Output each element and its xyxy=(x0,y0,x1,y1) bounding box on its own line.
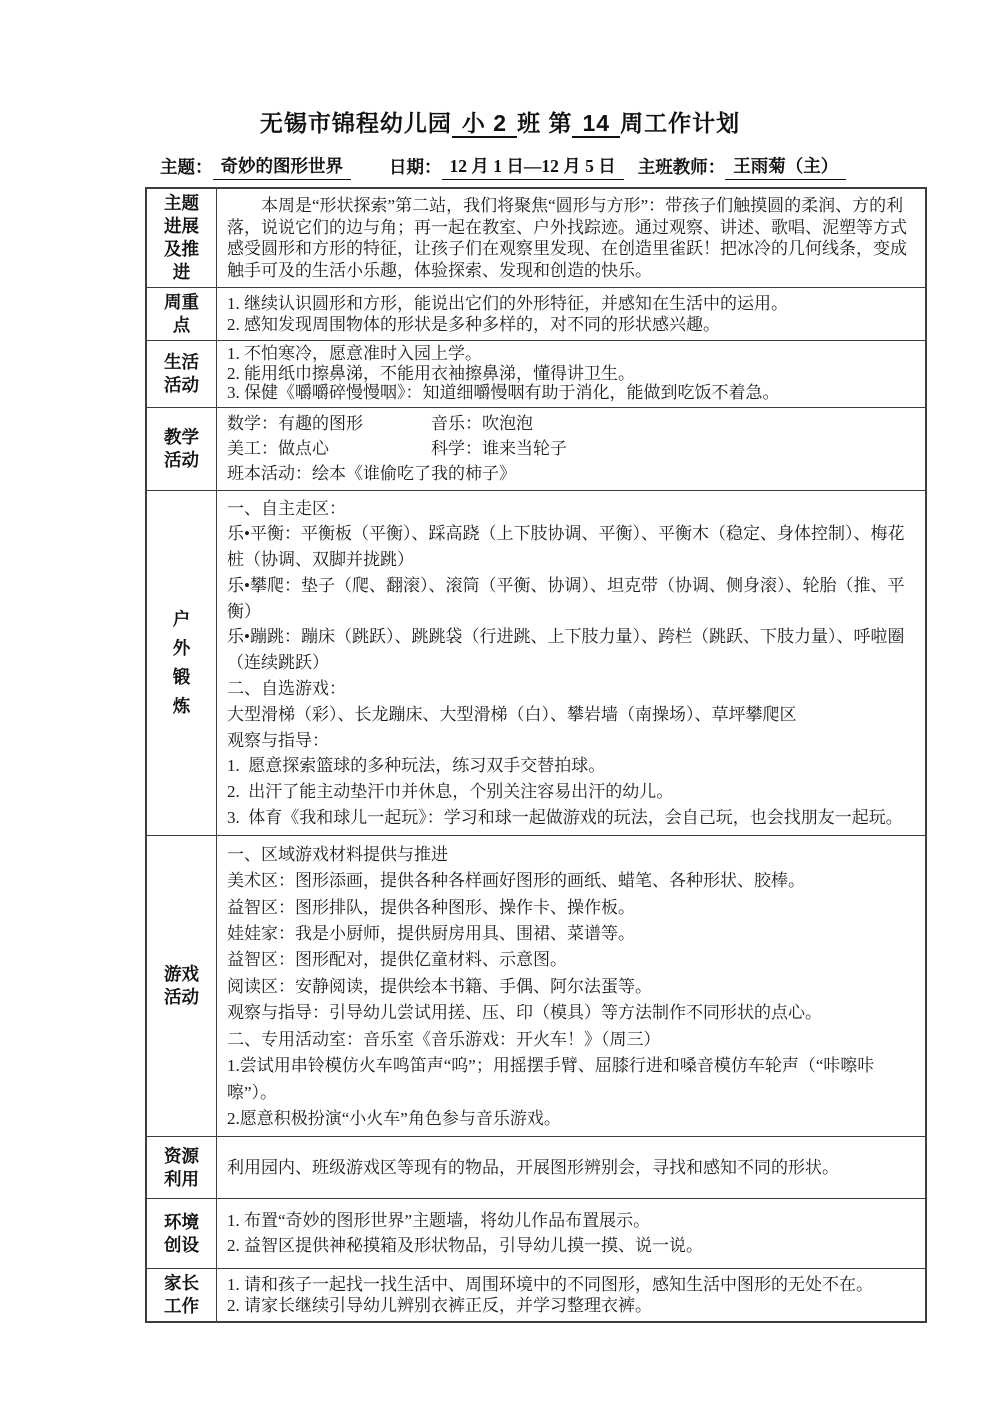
row-label-theme-progress: 主题进展及推进 xyxy=(147,189,217,287)
text-line: 户 xyxy=(173,605,191,634)
meta-date: 日期： 12 月 1 日—12 月 5 日 xyxy=(389,153,624,180)
text-line: 利用 xyxy=(164,1168,199,1191)
meta-teacher: 主班教师： 王雨菊（主） xyxy=(638,153,847,180)
meta-date-value: 12 月 1 日—12 月 5 日 xyxy=(442,153,624,180)
text-line: 3. 保健《嚼嚼碎慢慢咽》：知道细嚼慢咽有助于消化，能做到吃饭不着急。 xyxy=(227,383,917,403)
title-suffix: 周工作计划 xyxy=(620,110,740,136)
meta-theme-value: 奇妙的图形世界 xyxy=(213,153,352,180)
text-line: 1. 请和孩子一起找一找生活中、周围环境中的不同图形，感知生活中图形的无处不在。 xyxy=(227,1274,917,1295)
text-line: 乐•平衡：平衡板（平衡）、踩高跷（上下肢协调、平衡）、平衡木（稳定、身体控制）、… xyxy=(227,521,917,573)
row-label-resources: 资源利用 xyxy=(147,1137,217,1198)
text-line: 工作 xyxy=(164,1295,199,1318)
text-line: 外 xyxy=(173,634,191,663)
text-line: 二、自选游戏： xyxy=(227,676,917,702)
row-content-resources: 利用园内、班级游戏区等现有的物品，开展图形辨别会，寻找和感知不同的形状。 xyxy=(217,1137,925,1198)
text-line: 乐•攀爬：垫子（爬、翻滚）、滚筒（平衡、协调）、坦克带（协调、侧身滚）、轮胎（推… xyxy=(227,573,917,625)
text-line: 炼 xyxy=(173,692,191,721)
text-line: 进展 xyxy=(164,215,199,238)
title-prefix: 无锡市锦程幼儿园 xyxy=(260,110,452,136)
row-label-play-activities: 游戏活动 xyxy=(147,836,217,1136)
text-line: 美术区：图形添画，提供各种各样画好图形的画纸、蜡笔、各种形状、胶棒。 xyxy=(227,868,917,894)
text-line: 1. 愿意探索篮球的多种玩法，练习双手交替拍球。 xyxy=(227,753,917,779)
text-line: 益智区：图形配对，提供亿童材料、示意图。 xyxy=(227,947,917,973)
text-line: 资源 xyxy=(164,1145,199,1168)
page-title: 无锡市锦程幼儿园小 2班 第14周工作计划 xyxy=(0,0,1000,140)
row-label-environment: 环境创设 xyxy=(147,1199,217,1268)
text-line: 1. 布置“奇妙的图形世界”主题墙，将幼儿作品布置展示。 xyxy=(227,1208,917,1233)
meta-theme: 主题： 奇妙的图形世界 xyxy=(160,153,351,180)
row-label-daily-life: 生活活动 xyxy=(147,341,217,407)
table-row-play-activities: 游戏活动 一、区域游戏材料提供与推进美术区：图形添画，提供各种各样画好图形的画纸… xyxy=(147,835,925,1136)
text-line: 一、区域游戏材料提供与推进 xyxy=(227,842,917,868)
row-content-parent-work: 1. 请和孩子一起找一找生活中、周围环境中的不同图形，感知生活中图形的无处不在。… xyxy=(217,1269,925,1321)
text-line: 美工：做点心 科学：谁来当轮子 xyxy=(227,436,917,461)
text-line: 2.愿意积极扮演“小火车”角色参与音乐游戏。 xyxy=(227,1106,917,1132)
row-content-week-focus: 1. 继续认识圆形和方形，能说出它们的外形特征，并感知在生活中的运用。2. 感知… xyxy=(217,288,925,340)
text-line: 利用园内、班级游戏区等现有的物品，开展图形辨别会，寻找和感知不同的形状。 xyxy=(227,1155,917,1180)
text-line: 主题 xyxy=(164,192,199,215)
text-line: 益智区：图形排队，提供各种图形、操作卡、操作板。 xyxy=(227,895,917,921)
meta-teacher-value: 王雨菊（主） xyxy=(725,153,846,180)
text-line: 一、自主走区： xyxy=(227,496,917,522)
title-week-number: 14 xyxy=(572,110,620,138)
text-line: 二、专用活动室：音乐室《音乐游戏：开火车！》（周三） xyxy=(227,1027,917,1053)
row-label-teaching: 教学活动 xyxy=(147,408,217,490)
table-row-theme-progress: 主题进展及推进 本周是“形状探索”第二站，我们将聚焦“圆形与方形”：带孩子们触摸… xyxy=(147,189,925,287)
title-middle: 班 第 xyxy=(517,110,572,136)
title-class-number: 小 2 xyxy=(452,110,517,138)
text-line: 活动 xyxy=(164,986,199,1009)
text-line: 观察与指导：引导幼儿尝试用搓、压、印（模具）等方法制作不同形状的点心。 xyxy=(227,1000,917,1026)
text-line: 及推 xyxy=(164,238,199,261)
table-row-environment: 环境创设 1. 布置“奇妙的图形世界”主题墙，将幼儿作品布置展示。2. 益智区提… xyxy=(147,1198,925,1268)
text-line: 锻 xyxy=(173,663,191,692)
text-line: 2. 能用纸巾擦鼻涕，不能用衣袖擦鼻涕，懂得讲卫生。 xyxy=(227,364,917,384)
table-row-parent-work: 家长工作 1. 请和孩子一起找一找生活中、周围环境中的不同图形，感知生活中图形的… xyxy=(147,1268,925,1321)
text-line: 大型滑梯（彩）、长龙蹦床、大型滑梯（白）、攀岩墙（南操场）、草坪攀爬区 xyxy=(227,702,917,728)
row-label-outdoor-exercise: 户外锻炼 xyxy=(147,491,217,835)
meta-date-label: 日期： xyxy=(389,154,442,180)
table-row-teaching: 教学活动 数学：有趣的图形 音乐：吹泡泡美工：做点心 科学：谁来当轮子班本活动：… xyxy=(147,407,925,490)
meta-line: 主题： 奇妙的图形世界 日期： 12 月 1 日—12 月 5 日 主班教师： … xyxy=(160,153,1000,180)
text-line: 观察与指导： xyxy=(227,728,917,754)
table-row-resources: 资源利用 利用园内、班级游戏区等现有的物品，开展图形辨别会，寻找和感知不同的形状… xyxy=(147,1136,925,1198)
text-line: 活动 xyxy=(164,374,199,397)
text-line: 2. 请家长继续引导幼儿辨别衣裤正反，并学习整理衣裤。 xyxy=(227,1295,917,1316)
text-line: 周重 xyxy=(164,291,199,314)
weekly-plan-table: 主题进展及推进 本周是“形状探索”第二站，我们将聚焦“圆形与方形”：带孩子们触摸… xyxy=(145,187,927,1323)
text-line: 点 xyxy=(173,314,191,337)
text-line: 乐•蹦跳：蹦床（跳跃）、跳跳袋（行进跳、上下肢力量）、跨栏（跳跃、下肢力量）、呼… xyxy=(227,624,917,676)
table-row-outdoor-exercise: 户外锻炼 一、自主走区：乐•平衡：平衡板（平衡）、踩高跷（上下肢协调、平衡）、平… xyxy=(147,490,925,835)
document-page: 无锡市锦程幼儿园小 2班 第14周工作计划 主题： 奇妙的图形世界 日期： 12… xyxy=(0,0,1000,1415)
row-content-daily-life: 1. 不怕寒冷，愿意准时入园上学。2. 能用纸巾擦鼻涕，不能用衣袖擦鼻涕，懂得讲… xyxy=(217,341,925,407)
text-line: 游戏 xyxy=(164,963,199,986)
row-label-parent-work: 家长工作 xyxy=(147,1269,217,1321)
text-line: 1. 不怕寒冷，愿意准时入园上学。 xyxy=(227,344,917,364)
text-line: 1. 继续认识圆形和方形，能说出它们的外形特征，并感知在生活中的运用。 xyxy=(227,293,917,314)
text-line: 创设 xyxy=(164,1234,199,1257)
table-row-daily-life: 生活活动 1. 不怕寒冷，愿意准时入园上学。2. 能用纸巾擦鼻涕，不能用衣袖擦鼻… xyxy=(147,340,925,407)
meta-theme-label: 主题： xyxy=(160,154,213,180)
text-line: 数学：有趣的图形 音乐：吹泡泡 xyxy=(227,411,917,436)
text-line: 进 xyxy=(173,261,191,284)
row-content-theme-progress: 本周是“形状探索”第二站，我们将聚焦“圆形与方形”：带孩子们触摸圆的柔润、方的利… xyxy=(217,189,925,287)
text-line: 2. 益智区提供神秘摸箱及形状物品，引导幼儿摸一摸、说一说。 xyxy=(227,1233,917,1258)
text-line: 班本活动：绘本《谁偷吃了我的柿子》 xyxy=(227,461,917,486)
text-line: 活动 xyxy=(164,449,199,472)
text-line: 阅读区：安静阅读，提供绘本书籍、手偶、阿尔法蛋等。 xyxy=(227,974,917,1000)
text-line: 娃娃家：我是小厨师，提供厨房用具、围裙、菜谱等。 xyxy=(227,921,917,947)
row-content-teaching: 数学：有趣的图形 音乐：吹泡泡美工：做点心 科学：谁来当轮子班本活动：绘本《谁偷… xyxy=(217,408,925,490)
text-line: 教学 xyxy=(164,426,199,449)
text-line: 生活 xyxy=(164,351,199,374)
text-line: 1.尝试用串铃模仿火车鸣笛声“呜”；用摇摆手臂、屈膝行进和嗓音模仿车轮声（“咔嚓… xyxy=(227,1053,917,1106)
text-line: 本周是“形状探索”第二站，我们将聚焦“圆形与方形”：带孩子们触摸圆的柔润、方的利… xyxy=(227,195,917,281)
row-content-environment: 1. 布置“奇妙的图形世界”主题墙，将幼儿作品布置展示。2. 益智区提供神秘摸箱… xyxy=(217,1199,925,1268)
table-row-week-focus: 周重点 1. 继续认识圆形和方形，能说出它们的外形特征，并感知在生活中的运用。2… xyxy=(147,287,925,340)
text-line: 3. 体育《我和球儿一起玩》：学习和球一起做游戏的玩法，会自己玩，也会找朋友一起… xyxy=(227,805,917,831)
row-content-outdoor-exercise: 一、自主走区：乐•平衡：平衡板（平衡）、踩高跷（上下肢协调、平衡）、平衡木（稳定… xyxy=(217,491,925,835)
text-line: 2. 感知发现周围物体的形状是多种多样的，对不同的形状感兴趣。 xyxy=(227,314,917,335)
row-label-week-focus: 周重点 xyxy=(147,288,217,340)
text-line: 2. 出汗了能主动垫汗巾并休息，个别关注容易出汗的幼儿。 xyxy=(227,779,917,805)
meta-teacher-label: 主班教师： xyxy=(638,154,726,180)
text-line: 环境 xyxy=(164,1211,199,1234)
row-content-play-activities: 一、区域游戏材料提供与推进美术区：图形添画，提供各种各样画好图形的画纸、蜡笔、各… xyxy=(217,836,925,1136)
text-line: 家长 xyxy=(164,1272,199,1295)
